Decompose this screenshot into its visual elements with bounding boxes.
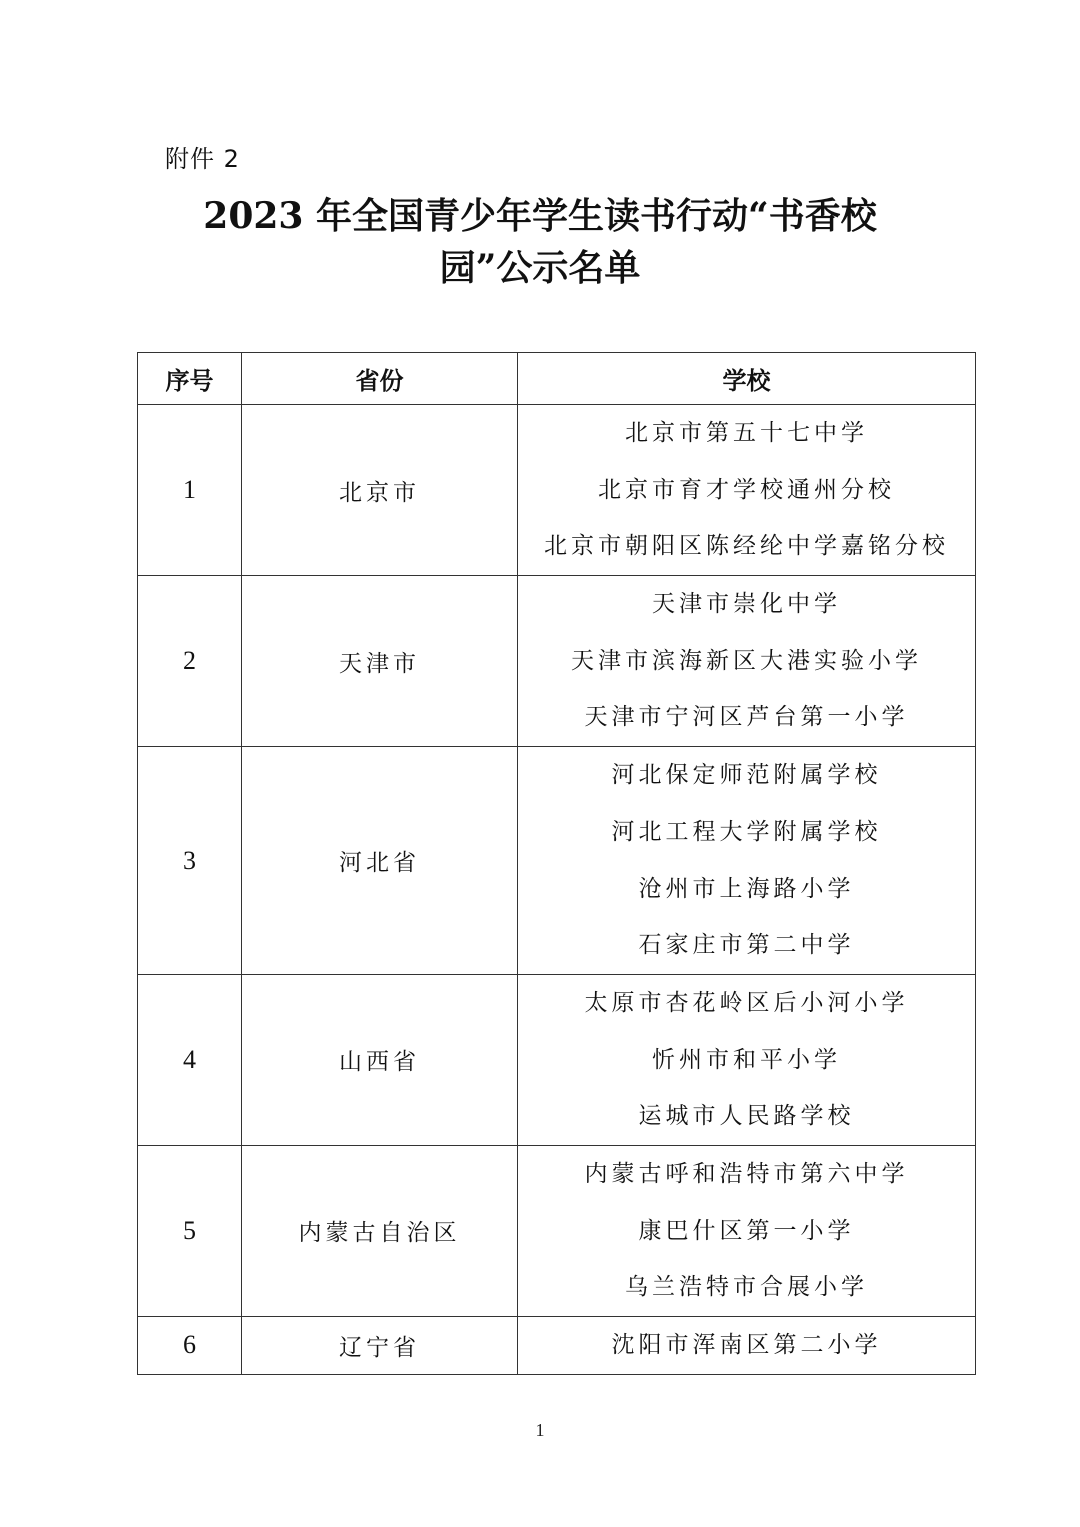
row-number: 3 [138,747,242,975]
row-number: 6 [138,1317,242,1375]
row-schools: 天津市崇化中学 天津市滨海新区大港实验小学 天津市宁河区芦台第一小学 [518,576,976,747]
document-title-line2: 园”公示名单 [0,242,1080,294]
row-number: 2 [138,576,242,747]
row-number: 4 [138,974,242,1145]
row-province: 山西省 [242,974,518,1145]
school-name: 北京市朝阳区陈经纶中学嘉铭分校 [518,518,975,575]
row-province: 辽宁省 [242,1317,518,1375]
header-school: 学校 [518,353,976,405]
table-row: 5 内蒙古自治区 内蒙古呼和浩特市第六中学 康巴什区第一小学 乌兰浩特市合展小学 [138,1145,976,1316]
attachment-label: 附件 2 [165,142,240,176]
table-row: 1 北京市 北京市第五十七中学 北京市育才学校通州分校 北京市朝阳区陈经纶中学嘉… [138,405,976,576]
school-name: 沈阳市浑南区第二小学 [518,1317,975,1374]
school-name: 北京市第五十七中学 [518,405,975,462]
school-name: 天津市崇化中学 [518,576,975,633]
table-row: 2 天津市 天津市崇化中学 天津市滨海新区大港实验小学 天津市宁河区芦台第一小学 [138,576,976,747]
row-province: 天津市 [242,576,518,747]
table-header-row: 序号 省份 学校 [138,353,976,405]
row-schools: 内蒙古呼和浩特市第六中学 康巴什区第一小学 乌兰浩特市合展小学 [518,1145,976,1316]
row-number: 1 [138,405,242,576]
table-row: 3 河北省 河北保定师范附属学校 河北工程大学附属学校 沧州市上海路小学 石家庄… [138,747,976,975]
school-name: 忻州市和平小学 [518,1032,975,1089]
school-name: 内蒙古呼和浩特市第六中学 [518,1146,975,1203]
row-province: 北京市 [242,405,518,576]
school-name: 太原市杏花岭区后小河小学 [518,975,975,1032]
page-number: 1 [0,1420,1080,1441]
school-list-table: 序号 省份 学校 1 北京市 北京市第五十七中学 北京市育才学校通州分校 北京市… [137,352,976,1375]
school-name: 天津市滨海新区大港实验小学 [518,633,975,690]
school-name: 沧州市上海路小学 [518,861,975,918]
school-name: 天津市宁河区芦台第一小学 [518,689,975,746]
document-title-line1: 2023 年全国青少年学生读书行动“书香校 [0,190,1080,242]
school-name: 北京市育才学校通州分校 [518,462,975,519]
row-schools: 太原市杏花岭区后小河小学 忻州市和平小学 运城市人民路学校 [518,974,976,1145]
row-schools: 河北保定师范附属学校 河北工程大学附属学校 沧州市上海路小学 石家庄市第二中学 [518,747,976,975]
school-name: 石家庄市第二中学 [518,917,975,974]
school-name: 康巴什区第一小学 [518,1203,975,1260]
table-row: 4 山西省 太原市杏花岭区后小河小学 忻州市和平小学 运城市人民路学校 [138,974,976,1145]
school-name: 河北保定师范附属学校 [518,747,975,804]
row-province: 河北省 [242,747,518,975]
school-name: 河北工程大学附属学校 [518,804,975,861]
school-name: 运城市人民路学校 [518,1088,975,1145]
row-province: 内蒙古自治区 [242,1145,518,1316]
table-row: 6 辽宁省 沈阳市浑南区第二小学 [138,1317,976,1375]
header-serial-number: 序号 [138,353,242,405]
row-number: 5 [138,1145,242,1316]
row-schools: 沈阳市浑南区第二小学 [518,1317,976,1375]
header-province: 省份 [242,353,518,405]
school-name: 乌兰浩特市合展小学 [518,1259,975,1316]
row-schools: 北京市第五十七中学 北京市育才学校通州分校 北京市朝阳区陈经纶中学嘉铭分校 [518,405,976,576]
